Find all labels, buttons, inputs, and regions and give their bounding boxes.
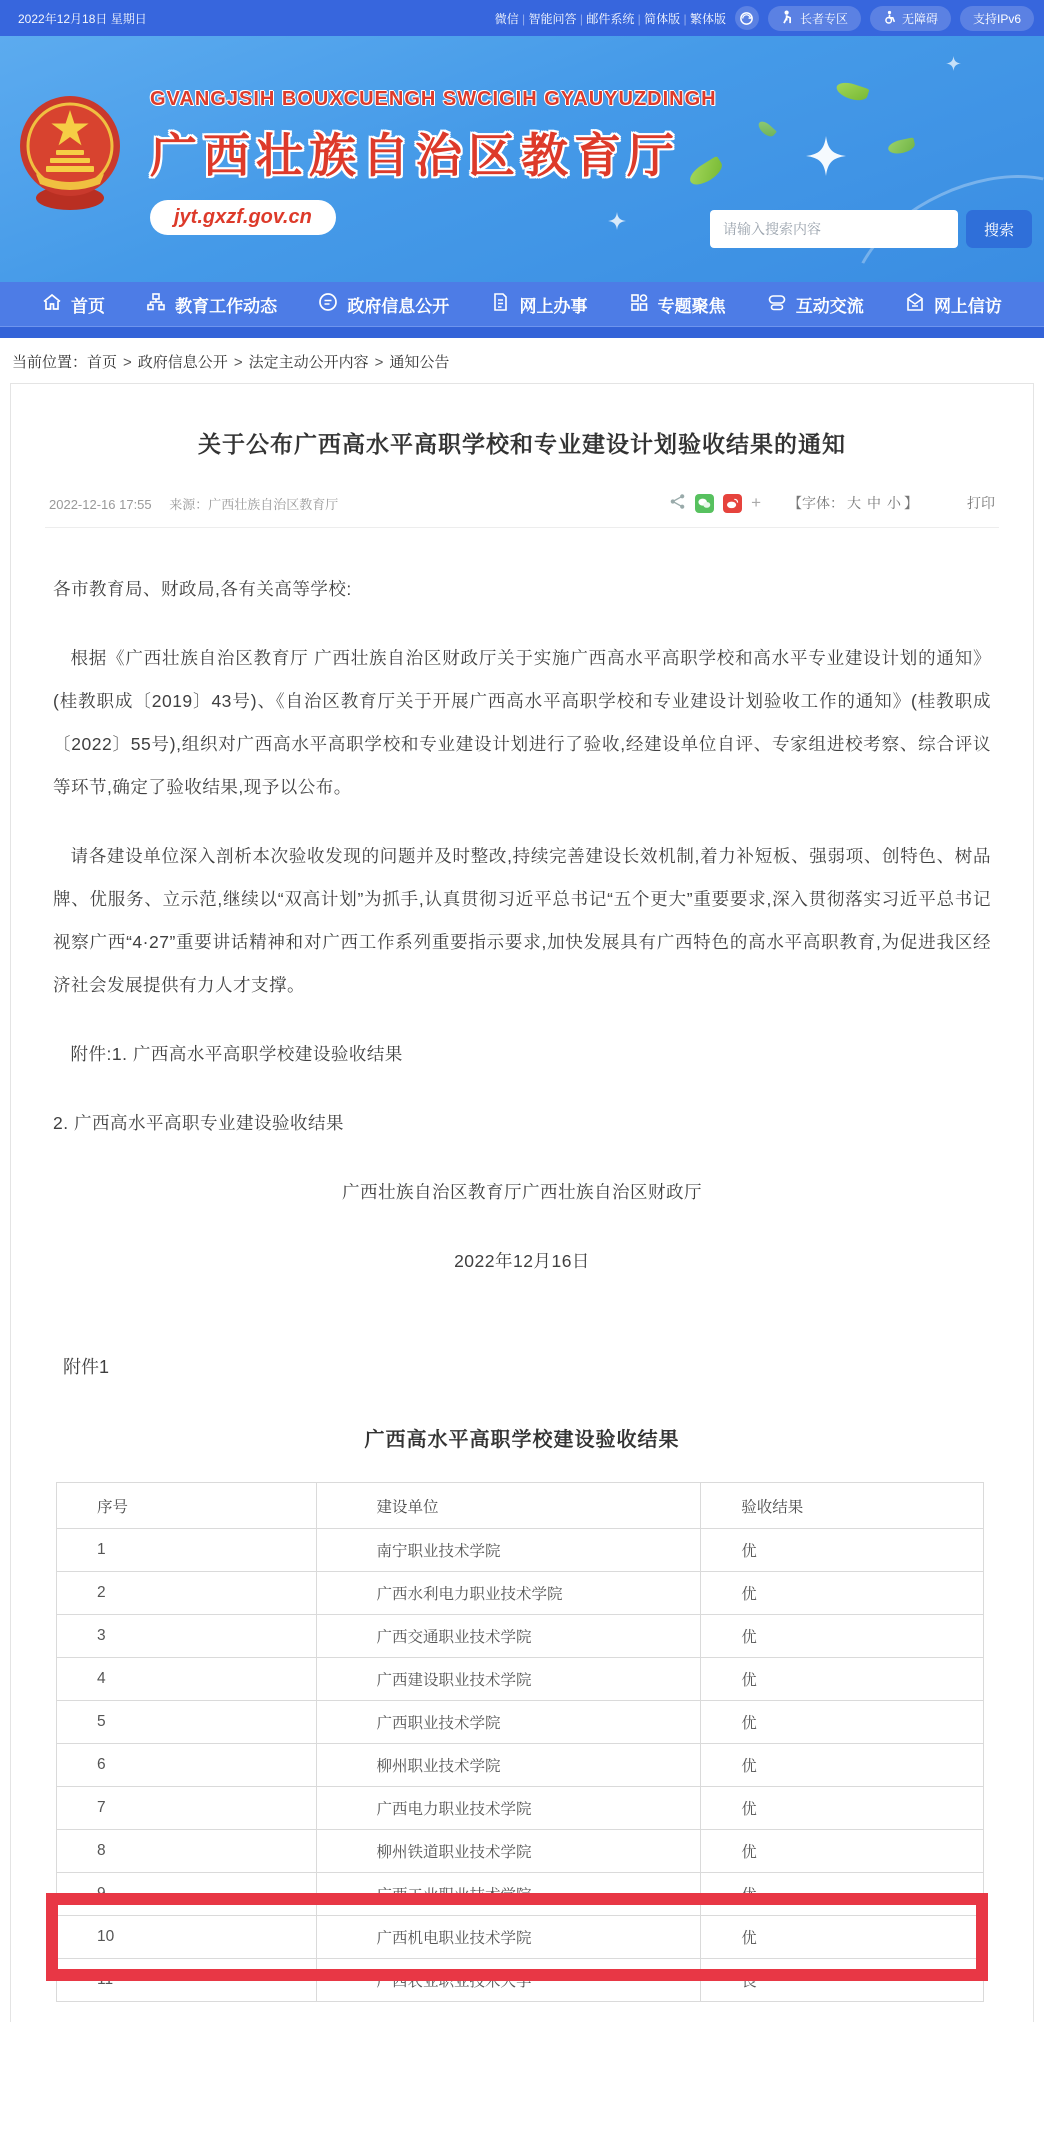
article-paragraph: 各市教育局、财政局,各有关高等学校: <box>53 568 991 611</box>
site-header: GVANGJSIH BOUXCUENGH SWCIGIH GYAUYUZDING… <box>0 36 1044 282</box>
main-nav: 首页教育工作动态政府信息公开网上办事专题聚焦互动交流网上信访 <box>0 282 1044 326</box>
topbar-link-separator: | <box>577 12 587 26</box>
ipv6-label: 支持IPv6 <box>973 10 1021 27</box>
nav-bottom-strip <box>0 326 1044 338</box>
table-row: 8柳州铁道职业技术学院优 <box>57 1830 984 1873</box>
table-cell-no: 4 <box>57 1658 317 1701</box>
search-bar: 搜索 <box>710 210 1032 248</box>
elder-zone-label: 长者专区 <box>800 10 848 27</box>
font-size-large[interactable]: 大 <box>847 495 861 511</box>
site-title-zhuang: GVANGJSIH BOUXCUENGH SWCIGIH GYAUYUZDING… <box>150 88 717 111</box>
table-cell-school: 广西工业职业技术学院 <box>316 1873 701 1916</box>
table-cell-result: 优 <box>701 1916 984 1959</box>
table-cell-no: 9 <box>57 1873 317 1916</box>
info-icon <box>318 292 338 317</box>
table-cell-result: 优 <box>701 1529 984 1572</box>
table-cell-result: 优 <box>701 1701 984 1744</box>
article-paragraph: 附件:1. 广西高水平高职学校建设验收结果 <box>53 1033 991 1076</box>
mail-icon <box>905 292 925 317</box>
page-title: 关于公布广西高水平高职学校和专业建设计划验收结果的通知 <box>45 384 999 493</box>
table-title: 广西高水平高职学校建设验收结果 <box>45 1423 999 1452</box>
nav-item-topics[interactable]: 专题聚焦 <box>629 292 726 317</box>
breadcrumb-item[interactable]: 政府信息公开 <box>138 354 228 371</box>
breadcrumb-separator: > <box>234 354 243 371</box>
table-cell-no: 10 <box>57 1916 317 1959</box>
breadcrumb-item[interactable]: 法定主动公开内容 <box>249 354 369 371</box>
font-size-medium[interactable]: 中 <box>867 495 881 511</box>
search-button[interactable]: 搜索 <box>966 210 1032 248</box>
nav-item-label: 政府信息公开 <box>347 292 449 317</box>
article-paragraph: 请各建设单位深入剖析本次验收发现的问题并及时整改,持续完善建设长效机制,着力补短… <box>53 835 991 1007</box>
appendix-label: 附件1 <box>45 1353 999 1379</box>
table-cell-school: 广西电力职业技术学院 <box>316 1787 701 1830</box>
table-row: 2广西水利电力职业技术学院优 <box>57 1572 984 1615</box>
font-size-control: 【字体：大中小】 <box>788 493 918 513</box>
table-cell-result: 优 <box>701 1787 984 1830</box>
table-cell-no: 8 <box>57 1830 317 1873</box>
table-header-cell: 序号 <box>57 1483 317 1529</box>
table-cell-result: 优 <box>701 1830 984 1873</box>
article-meta: 2022-12-16 17:55 来源：广西壮族自治区教育厅 + 【字体：大中小… <box>45 493 999 528</box>
font-size-small[interactable]: 小 <box>887 495 901 511</box>
nav-item-home[interactable]: 首页 <box>42 292 105 317</box>
table-cell-no: 2 <box>57 1572 317 1615</box>
home-icon <box>42 292 62 317</box>
print-button[interactable]: 打印 <box>967 493 995 513</box>
breadcrumb-separator: > <box>123 354 132 371</box>
table-row: 3广西交通职业技术学院优 <box>57 1615 984 1658</box>
nav-item-petition[interactable]: 网上信访 <box>905 292 1002 317</box>
table-row: 1南宁职业技术学院优 <box>57 1529 984 1572</box>
share-icon[interactable] <box>669 493 686 513</box>
site-title: 广西壮族自治区教育厅 <box>150 119 717 186</box>
breadcrumb-separator: > <box>375 354 384 371</box>
wechat-share-icon[interactable] <box>695 494 714 513</box>
topbar-link-mail-system[interactable]: 邮件系统 <box>586 12 634 26</box>
table-header-cell: 建设单位 <box>316 1483 701 1529</box>
topbar-link-simplified[interactable]: 简体版 <box>644 12 680 26</box>
topbar-links: 微信 | 智能问答 | 邮件系统 | 简体版 | 繁体版 长者专区 无障碍 支持… <box>495 6 1034 31</box>
nav-item-label: 专题聚焦 <box>658 292 726 317</box>
table-cell-school: 广西水利电力职业技术学院 <box>316 1572 701 1615</box>
table-cell-school: 柳州铁道职业技术学院 <box>316 1830 701 1873</box>
result-table: 序号建设单位验收结果 1南宁职业技术学院优2广西水利电力职业技术学院优3广西交通… <box>56 1482 984 2002</box>
article-source: 来源：广西壮族自治区教育厅 <box>169 497 338 512</box>
topbar-link-separator: | <box>680 12 690 26</box>
leaf-decoration <box>756 119 777 139</box>
article-paragraph: 广西壮族自治区教育厅广西壮族自治区财政厅 <box>53 1171 991 1214</box>
nav-item-gov-info[interactable]: 政府信息公开 <box>318 292 449 317</box>
site-identity: GVANGJSIH BOUXCUENGH SWCIGIH GYAUYUZDING… <box>150 88 717 235</box>
topbar-link-traditional[interactable]: 繁体版 <box>690 12 726 26</box>
topbar-date: 2022年12月18日 星期日 <box>18 10 147 27</box>
table-cell-no: 6 <box>57 1744 317 1787</box>
accessibility-icon[interactable] <box>735 6 759 30</box>
table-row: 10广西机电职业技术学院优 <box>57 1916 984 1959</box>
table-cell-school: 广西农业职业技术大学 <box>316 1959 701 2002</box>
table-cell-school: 广西建设职业技术学院 <box>316 1658 701 1701</box>
table-cell-result: 良 <box>701 1959 984 2002</box>
table-row: 11广西农业职业技术大学良 <box>57 1959 984 2002</box>
topbar-link-separator: | <box>634 12 644 26</box>
table-cell-no: 3 <box>57 1615 317 1658</box>
table-header-row: 序号建设单位验收结果 <box>57 1483 984 1529</box>
table-cell-result: 优 <box>701 1873 984 1916</box>
font-size-suffix: 】 <box>904 495 918 511</box>
result-table-wrap: 序号建设单位验收结果 1南宁职业技术学院优2广西水利电力职业技术学院优3广西交通… <box>56 1482 984 2002</box>
leaf-decoration <box>887 137 916 155</box>
org-icon <box>146 292 166 317</box>
table-row: 6柳州职业技术学院优 <box>57 1744 984 1787</box>
table-row: 5广西职业技术学院优 <box>57 1701 984 1744</box>
nav-item-label: 网上信访 <box>934 292 1002 317</box>
article-meta-left: 2022-12-16 17:55 来源：广西壮族自治区教育厅 <box>49 494 352 513</box>
leaf-decoration <box>834 79 869 103</box>
table-cell-school: 广西机电职业技术学院 <box>316 1916 701 1959</box>
topbar-link-group: 微信 | 智能问答 | 邮件系统 | 简体版 | 繁体版 <box>495 10 726 27</box>
table-cell-result: 优 <box>701 1615 984 1658</box>
breadcrumb-item[interactable]: 通知公告 <box>389 354 449 371</box>
article-paragraph: 2022年12月16日 <box>53 1240 991 1283</box>
weibo-share-icon[interactable] <box>723 494 742 513</box>
topbar-link-separator: | <box>519 12 529 26</box>
document-icon <box>490 292 510 317</box>
topbar: 2022年12月18日 星期日 微信 | 智能问答 | 邮件系统 | 简体版 |… <box>0 0 1044 36</box>
ipv6-button[interactable]: 支持IPv6 <box>960 6 1034 31</box>
topbar-link-wechat[interactable]: 微信 <box>495 12 519 26</box>
sparkle-decoration <box>946 56 961 76</box>
article-container: 关于公布广西高水平高职学校和专业建设计划验收结果的通知 2022-12-16 1… <box>10 383 1034 2022</box>
table-cell-school: 广西交通职业技术学院 <box>316 1615 701 1658</box>
article-body: 各市教育局、财政局,各有关高等学校:根据《广西壮族自治区教育厅 广西壮族自治区财… <box>45 528 999 1283</box>
national-emblem-logo <box>16 94 124 212</box>
chat-icon <box>767 292 787 317</box>
table-cell-no: 11 <box>57 1959 317 2002</box>
site-url-badge: jyt.gxzf.gov.cn <box>150 200 336 235</box>
grid-icon <box>629 292 649 317</box>
font-size-prefix: 【字体： <box>788 495 844 511</box>
sparkle-decoration <box>806 136 846 181</box>
table-cell-result: 优 <box>701 1658 984 1701</box>
table-cell-school: 广西职业技术学院 <box>316 1701 701 1744</box>
nav-item-edu-news[interactable]: 教育工作动态 <box>146 292 277 317</box>
nav-item-label: 互动交流 <box>796 292 864 317</box>
nav-item-interaction[interactable]: 互动交流 <box>767 292 864 317</box>
more-share-icon[interactable]: + <box>751 493 761 513</box>
wheelchair-icon <box>883 10 896 27</box>
search-input[interactable] <box>710 210 958 248</box>
accessible-mode-button[interactable]: 无障碍 <box>870 6 951 31</box>
table-row: 9广西工业职业技术学院优 <box>57 1873 984 1916</box>
table-row: 7广西电力职业技术学院优 <box>57 1787 984 1830</box>
nav-item-label: 首页 <box>71 292 105 317</box>
table-cell-no: 7 <box>57 1787 317 1830</box>
table-cell-result: 优 <box>701 1572 984 1615</box>
article-paragraph: 根据《广西壮族自治区教育厅 广西壮族自治区财政厅关于实施广西高水平高职学校和高水… <box>53 637 991 809</box>
table-header-cell: 验收结果 <box>701 1483 984 1529</box>
accessible-mode-label: 无障碍 <box>902 10 938 27</box>
article-meta-right: + 【字体：大中小】 打印 <box>669 493 995 513</box>
nav-item-label: 教育工作动态 <box>175 292 277 317</box>
breadcrumb: 当前位置：首页>政府信息公开>法定主动公开内容>通知公告 <box>0 338 1044 383</box>
article-paragraph: 2. 广西高水平高职专业建设验收结果 <box>53 1102 991 1145</box>
nav-item-label: 网上办事 <box>519 292 587 317</box>
table-cell-school: 南宁职业技术学院 <box>316 1529 701 1572</box>
breadcrumb-item[interactable]: 首页 <box>87 354 117 371</box>
table-cell-result: 优 <box>701 1744 984 1787</box>
publish-time: 2022-12-16 17:55 <box>49 497 152 512</box>
topbar-link-smart-qa[interactable]: 智能问答 <box>529 12 577 26</box>
elder-zone-button[interactable]: 长者专区 <box>768 6 861 31</box>
elder-person-icon <box>781 10 794 27</box>
table-cell-no: 1 <box>57 1529 317 1572</box>
table-row: 4广西建设职业技术学院优 <box>57 1658 984 1701</box>
table-cell-no: 5 <box>57 1701 317 1744</box>
table-cell-school: 柳州职业技术学院 <box>316 1744 701 1787</box>
breadcrumb-label: 当前位置： <box>12 354 87 371</box>
nav-item-online-service[interactable]: 网上办事 <box>490 292 587 317</box>
